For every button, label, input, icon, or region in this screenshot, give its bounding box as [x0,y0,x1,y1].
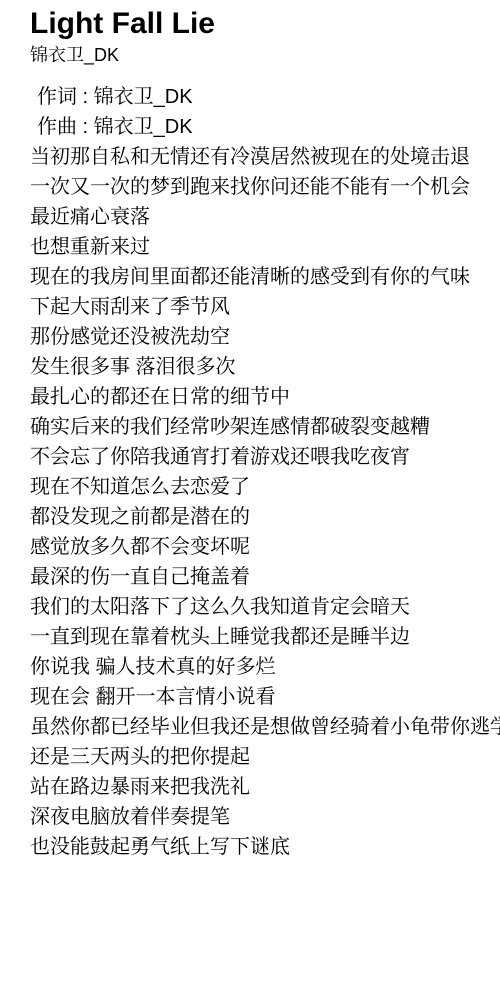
lyric-line: 现在的我房间里面都还能清晰的感受到有你的气味 [30,262,500,292]
song-title: Light Fall Lie [30,6,500,42]
lyric-line: 那份感觉还没被洗劫空 [30,322,500,352]
lyric-line: 一次又一次的梦到跑来找你问还能不能有一个机会 [30,172,500,202]
lyric-line: 一直到现在靠着枕头上睡觉我都还是睡半边 [30,622,500,652]
credit-line: 作词 : 锦衣卫_DK [30,82,500,112]
lyric-line: 还是三天两头的把你提起 [30,742,500,772]
lyric-line: 当初那自私和无情还有冷漠居然被现在的处境击退 [30,142,500,172]
lyric-line: 确实后来的我们经常吵架连感情都破裂变越糟 [30,412,500,442]
lyric-line: 发生很多事 落泪很多次 [30,352,500,382]
lyric-line: 现在会 翻开一本言情小说看 [30,682,500,712]
lyric-line: 虽然你都已经毕业但我还是想做曾经骑着小龟带你逃学 [30,712,500,742]
lyric-line: 最扎心的都还在日常的细节中 [30,382,500,412]
lyric-line: 最深的伤一直自己掩盖着 [30,562,500,592]
lyric-line: 你说我 骗人技术真的好多烂 [30,652,500,682]
lyrics-page: Light Fall Lie 锦衣卫_DK 作词 : 锦衣卫_DK作曲 : 锦衣… [0,0,500,1000]
lyric-line: 现在不知道怎么去恋爱了 [30,472,500,502]
lyric-line: 站在路边暴雨来把我洗礼 [30,772,500,802]
lyric-line: 最近痛心衰落 [30,202,500,232]
lyric-line: 都没发现之前都是潜在的 [30,502,500,532]
lyric-line: 我们的太阳落下了这么久我知道肯定会暗天 [30,592,500,622]
lyric-line: 也没能鼓起勇气纸上写下谜底 [30,832,500,862]
credits-block: 作词 : 锦衣卫_DK作曲 : 锦衣卫_DK [30,82,500,142]
lyrics-block: 当初那自私和无情还有冷漠居然被现在的处境击退一次又一次的梦到跑来找你问还能不能有… [30,142,500,862]
lyric-line: 不会忘了你陪我通宵打着游戏还喂我吃夜宵 [30,442,500,472]
lyric-line: 也想重新来过 [30,232,500,262]
artist-name: 锦衣卫_DK [30,42,500,68]
lyric-line: 下起大雨刮来了季节风 [30,292,500,322]
lyric-line: 感觉放多久都不会变坏呢 [30,532,500,562]
lyric-line: 深夜电脑放着伴奏提笔 [30,802,500,832]
credit-line: 作曲 : 锦衣卫_DK [30,112,500,142]
